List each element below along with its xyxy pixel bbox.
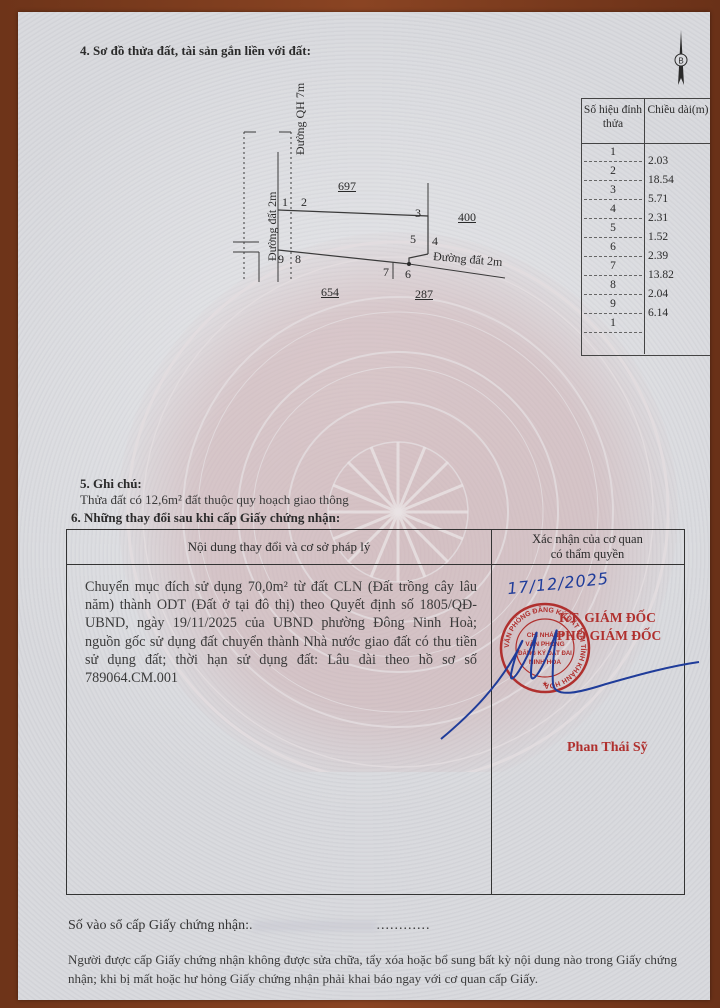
vertex-4: 4 xyxy=(432,234,438,249)
col-header-confirmation: Xác nhận của cơ quan có thẩm quyền xyxy=(491,532,684,562)
parcel-654: 654 xyxy=(321,285,339,300)
vertex-5: 5 xyxy=(410,232,416,247)
vertex-1: 1 xyxy=(282,195,288,210)
section-5-note: Thửa đất có 12,6m² đất thuộc quy hoạch g… xyxy=(80,492,349,508)
signature xyxy=(431,604,701,744)
parcel-697: 697 xyxy=(338,179,356,194)
vertex-2: 2 xyxy=(301,195,307,210)
road-left-label: Đường đất 2m xyxy=(265,191,280,261)
edge-length: 2.39 xyxy=(648,250,668,262)
handwritten-date: 17/12/2025 xyxy=(506,569,610,599)
vertex-number: 1 xyxy=(582,317,644,329)
vertex-number: 1 xyxy=(582,146,644,158)
certificate-page: 4. Sơ đồ thửa đất, tài sản gắn liền với … xyxy=(18,12,710,1000)
section-4-heading: 4. Sơ đồ thửa đất, tài sản gắn liền với … xyxy=(80,43,311,59)
register-number: Số vào sổ cấp Giấy chứng nhận:..........… xyxy=(68,918,431,934)
parcel-400: 400 xyxy=(458,210,476,225)
edge-length: 2.03 xyxy=(648,155,668,167)
parcel-diagram: Đường QH 7m Đường đất 2m Đường đất 2m 69… xyxy=(233,82,523,312)
col-header-vertex: Số hiệu đỉnh thửa xyxy=(582,99,645,143)
col-header-content: Nội dung thay đổi và cơ sở pháp lý xyxy=(67,539,491,555)
edge-length: 18.54 xyxy=(648,174,674,186)
signer-name: Phan Thái Sỹ xyxy=(567,740,648,756)
road-qh-label: Đường QH 7m xyxy=(293,83,308,155)
section-6-heading: 6. Những thay đổi sau khi cấp Giấy chứng… xyxy=(71,510,340,526)
edge-length: 2.31 xyxy=(648,212,668,224)
vertex-number: 7 xyxy=(582,260,644,272)
edge-length: 13.82 xyxy=(648,269,674,281)
vertex-number: 8 xyxy=(582,279,644,291)
changes-table: Nội dung thay đổi và cơ sở pháp lý Xác n… xyxy=(66,529,685,895)
col-header-length: Chiều dài(m) xyxy=(645,99,710,143)
parcel-287: 287 xyxy=(415,287,433,302)
vertex-9: 9 xyxy=(278,252,284,267)
north-arrow-icon: B xyxy=(670,30,692,92)
redacted-number xyxy=(253,921,377,931)
vertex-number: 4 xyxy=(582,203,644,215)
edge-length: 1.52 xyxy=(648,231,668,243)
change-content: Chuyển mục đích sử dụng 70,0m² từ đất CL… xyxy=(85,578,477,687)
confirmation-area: 17/12/2025 VĂN PHÒNG ĐĂNG KÝ ĐẤT ĐAI TỈN… xyxy=(491,564,684,894)
vertex-7: 7 xyxy=(383,265,389,280)
edge-length: 6.14 xyxy=(648,307,668,319)
svg-text:B: B xyxy=(678,57,683,66)
vertex-number: 9 xyxy=(582,298,644,310)
vertex-number: 2 xyxy=(582,165,644,177)
vertex-number: 6 xyxy=(582,241,644,253)
vertex-number: 5 xyxy=(582,222,644,234)
edge-length: 2.04 xyxy=(648,288,668,300)
vertex-6: 6 xyxy=(405,267,411,282)
section-5-heading: 5. Ghi chú: xyxy=(80,476,142,492)
vertex-length-table: Số hiệu đỉnh thửa Chiều dài(m) 12.03218.… xyxy=(581,98,710,356)
edge-length: 5.71 xyxy=(648,193,668,205)
vertex-3: 3 xyxy=(415,206,421,221)
vertex-8: 8 xyxy=(295,252,301,267)
vertex-number: 3 xyxy=(582,184,644,196)
footer-notice: Người được cấp Giấy chứng nhận không đượ… xyxy=(68,950,678,988)
